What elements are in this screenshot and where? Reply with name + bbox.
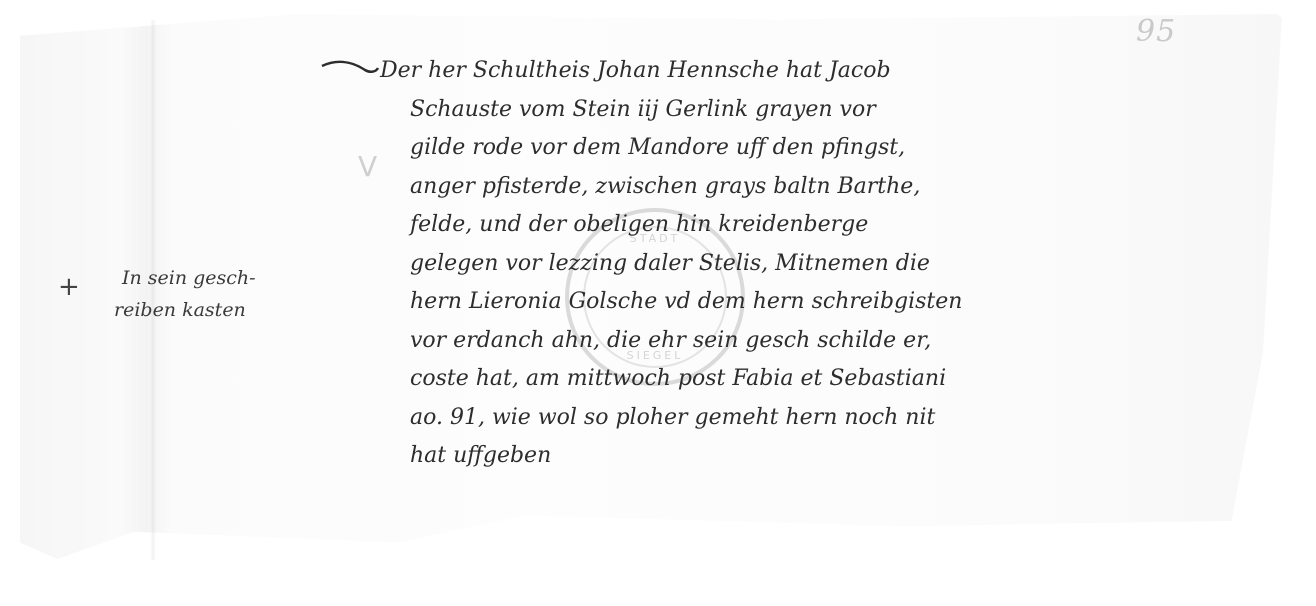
text-line: gilde rode vor dem Mandore uff den pfing… [340, 129, 1240, 168]
cross-mark-icon: + [58, 272, 80, 302]
text-line: vor erdanch ahn, die ehr sein gesch schi… [340, 322, 1240, 361]
document-body: Der her Schultheis Johan Hennsche hat Ja… [340, 52, 1240, 476]
text-line: anger pfisterde, zwischen grays baltn Ba… [340, 168, 1240, 207]
text-line: Der her Schultheis Johan Hennsche hat Ja… [340, 52, 1240, 91]
text-line: ao. 91, wie wol so ploher gemeht hern no… [340, 399, 1240, 438]
margin-note-line: reiben kasten [114, 294, 372, 326]
margin-note: In sein gesch- reiben kasten [122, 262, 372, 326]
text-line: coste hat, am mittwoch post Fabia et Seb… [340, 360, 1240, 399]
text-line: felde, und der obeligen hin kreidenberge [340, 206, 1240, 245]
text-line: hat uffgeben [340, 437, 1240, 476]
margin-note-line: In sein gesch- [122, 262, 372, 294]
text-line: gelegen vor lezzing daler Stelis, Mitnem… [340, 245, 1240, 284]
folio-number: 95 [1136, 14, 1176, 49]
text-line: hern Lieronia Golsche vd dem hern schrei… [340, 283, 1240, 322]
document-scan: 95 V STADT SIEGEL + In sein gesch- reibe… [0, 0, 1316, 606]
text-line: Schauste vom Stein iij Gerlink grayen vo… [340, 91, 1240, 130]
